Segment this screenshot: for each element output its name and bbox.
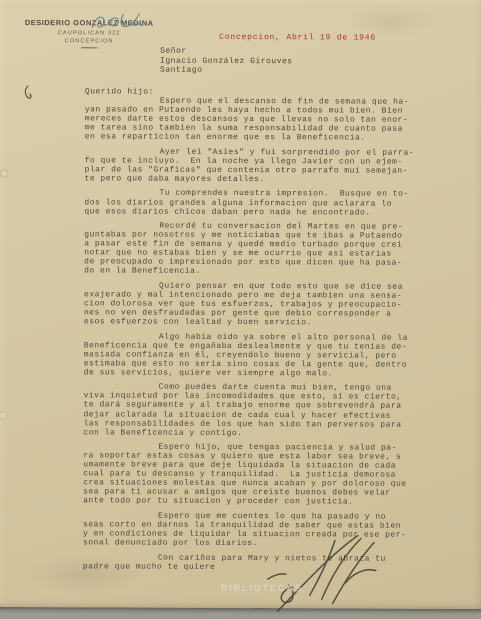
- letter-paragraph: Como puedes darte cuenta mui bien, tengo…: [83, 383, 425, 439]
- signature-scribble: [248, 523, 413, 616]
- letter-paragraph: Algo habia oido ya sobre el alto persona…: [84, 332, 426, 379]
- letter-paragraph: Espero que el descanso de fin de semana …: [85, 96, 427, 143]
- letter-paragraph: Recordé tu conversacion del Martes en qu…: [84, 221, 426, 277]
- letter-body: Querido hijo: Espero que el descanso de …: [83, 87, 427, 578]
- letter-paragraph: Ayer lei "Asies" y fui sorprendido por e…: [85, 147, 427, 185]
- dateline: Concepcion, Abril 19 de 1946: [219, 33, 376, 43]
- library-watermark: BIBLIOTECAS: [221, 583, 303, 594]
- recipient-city: Santiago: [160, 66, 293, 76]
- letterhead-city: CONCEPCION: [19, 38, 159, 45]
- letter-paper: DESIDERIO GONZALEZ MEDINA CAUPOLICAN 322…: [0, 0, 481, 609]
- letter-paragraph: Espero hijo, que tengas paciencia y salu…: [83, 442, 425, 507]
- punch-hole: [0, 411, 8, 420]
- recipient-name: Ignacio González Girouves: [160, 56, 293, 66]
- recipient-title: Señor: [160, 47, 293, 57]
- handwritten-ink-note: [89, 10, 143, 34]
- margin-pen-mark: [22, 84, 36, 102]
- letterhead-rule: [81, 47, 97, 48]
- punch-hole: [0, 169, 9, 178]
- recipient-block: Señor Ignacio González Girouves Santiago: [160, 47, 293, 76]
- letter-paragraph: Quiero pensar en que todo esto que se di…: [84, 281, 426, 328]
- letter-paragraph: Tu comprendes nuestra impresion. Busque …: [84, 189, 426, 218]
